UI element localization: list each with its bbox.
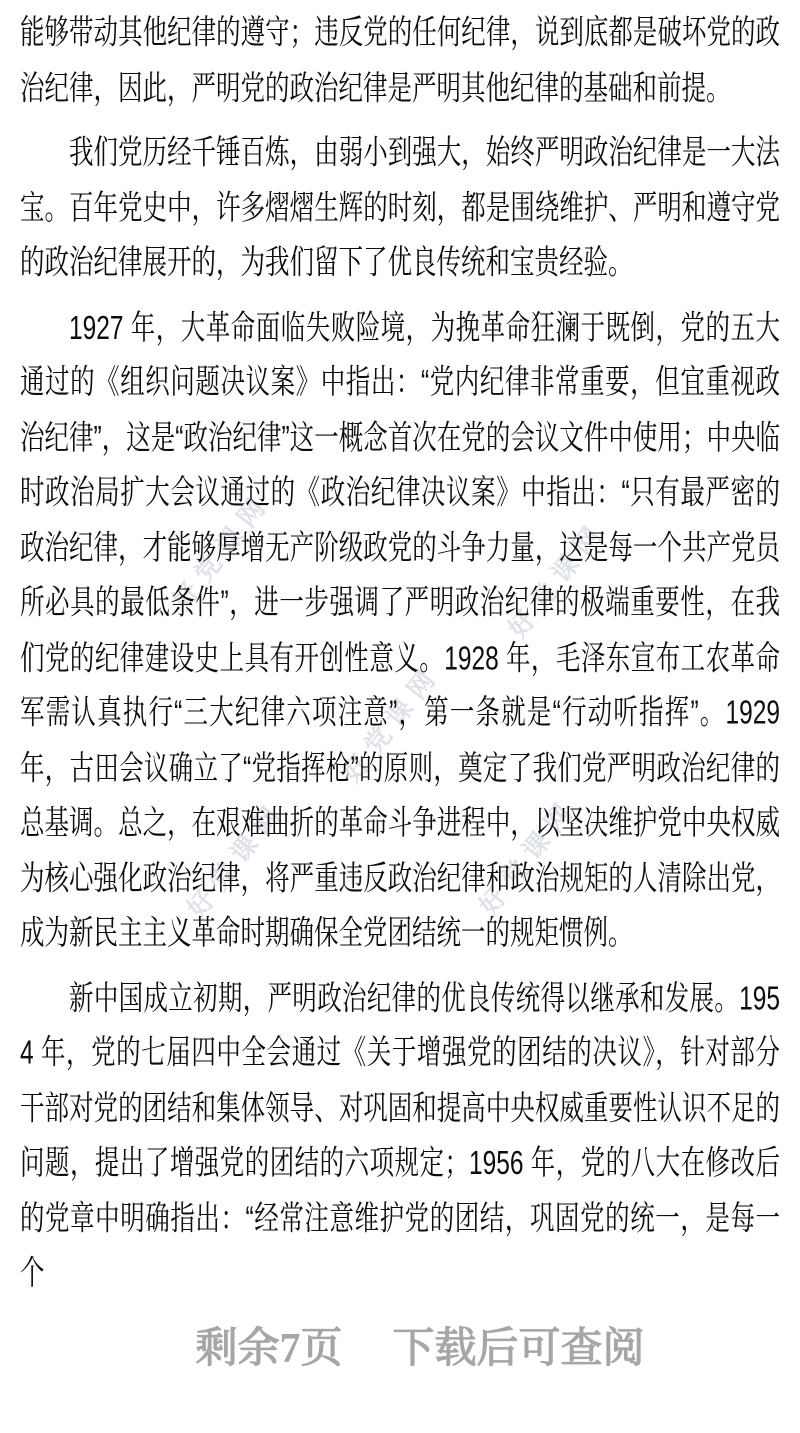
page-footer: 剩余7页 下载后可查阅 — [20, 1324, 800, 1374]
paragraph: 1927 年，大革命面临失败险境，为挽革命狂澜于既倒，党的五大通过的《组织问题决… — [20, 301, 780, 962]
document-page: 好党课网 好党课网 好党课网 好党课网 好党课网 能够带动其他纪律的遵守；违反党… — [0, 0, 800, 1433]
paragraph: 我们党历经千锤百炼，由弱小到强大，始终严明政治纪律是一大法宝。百年党史中，许多熠… — [20, 127, 780, 292]
footer-remaining-pages: 剩余7页 — [195, 1324, 342, 1374]
document-body: 能够带动其他纪律的遵守；违反党的任何纪律，说到底都是破坏党的政治纪律，因此，严明… — [0, 7, 800, 1302]
footer-download-hint: 下载后可查阅 — [393, 1324, 645, 1374]
paragraph: 新中国成立初期，严明政治纪律的优良传统得以继承和发展。1954 年，党的七届四中… — [20, 972, 780, 1302]
paragraph: 能够带动其他纪律的遵守；违反党的任何纪律，说到底都是破坏党的政治纪律，因此，严明… — [20, 7, 780, 117]
